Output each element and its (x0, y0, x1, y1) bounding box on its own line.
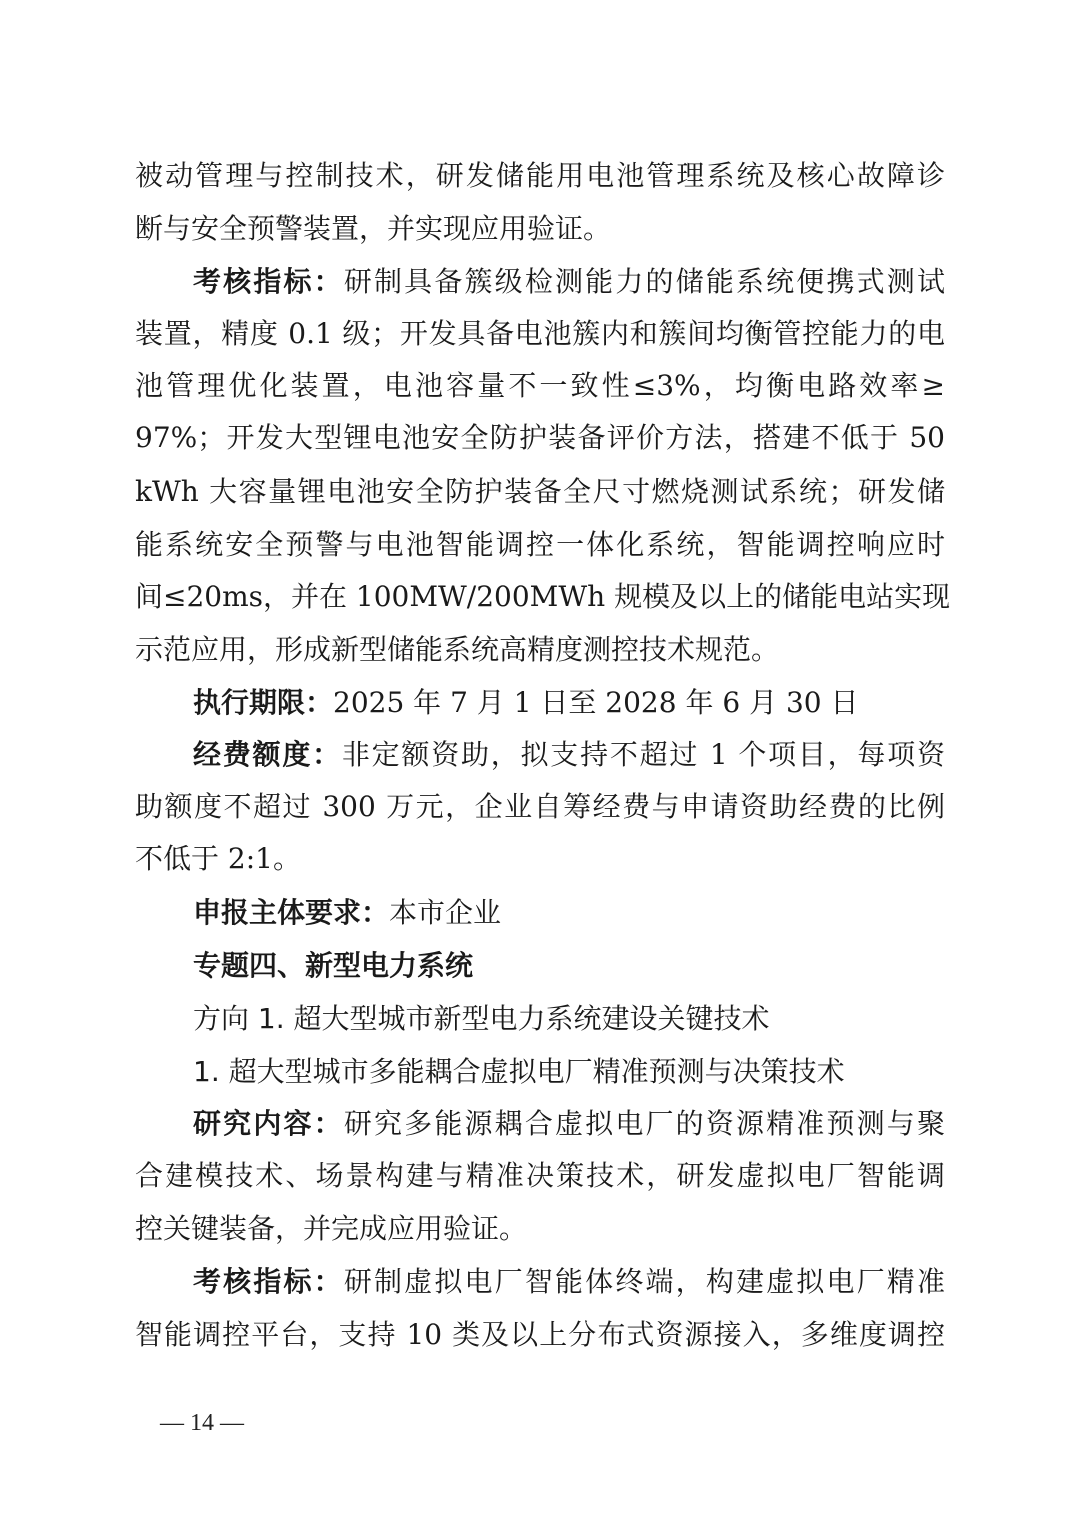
paragraph-line: 控关键装备，并完成应用验证。 (135, 1203, 945, 1255)
body-text: 被动管理与控制技术，研发储能用电池管理系统及核心故障诊 (135, 159, 945, 192)
body-text: 能系统安全预警与电池智能调控一体化系统，智能调控响应时 (135, 528, 945, 561)
research-content-line: 研究内容：研究多能源耦合虚拟电厂的资源精准预测与聚 (193, 1098, 945, 1150)
research-content-label: 研究内容： (193, 1107, 344, 1140)
paragraph-line: 装置，精度 0.1 级；开发具备电池簇内和簇间均衡管控能力的电 (135, 308, 945, 360)
execution-period-value: 2025 年 7 月 1 日至 2028 年 6 月 30 日 (333, 686, 859, 719)
paragraph-line: 97%；开发大型锂电池安全防护装备评价方法，搭建不低于 50 (135, 412, 945, 464)
topic-heading-text: 专题四、新型电力系统 (193, 949, 473, 982)
body-text: 97%；开发大型锂电池安全防护装备评价方法，搭建不低于 50 (135, 421, 945, 454)
body-text: 不低于 2:1。 (135, 842, 301, 875)
applicant-requirement-line: 申报主体要求：本市企业 (193, 887, 945, 939)
project-heading: 1. 超大型城市多能耦合虚拟电厂精准预测与决策技术 (193, 1046, 945, 1098)
body-text: 控关键装备，并完成应用验证。 (135, 1212, 527, 1245)
body-text: 研制虚拟电厂智能体终端，构建虚拟电厂精准 (344, 1265, 945, 1298)
paragraph-line: 不低于 2:1。 (135, 833, 945, 885)
paragraph-line: 智能调控平台，支持 10 类及以上分布式资源接入，多维度调控 (135, 1309, 945, 1361)
body-text: 助额度不超过 300 万元，企业自筹经费与申请资助经费的比例 (135, 790, 945, 823)
direction-heading-text: 方向 1. 超大型城市新型电力系统建设关键技术 (193, 1002, 770, 1035)
body-text: 非定额资助，拟支持不超过 1 个项目，每项资 (342, 738, 945, 771)
body-text: 断与安全预警装置，并实现应用验证。 (135, 212, 611, 245)
paragraph-line: 池管理优化装置，电池容量不一致性≤3%，均衡电路效率≥ (135, 360, 945, 412)
paragraph-line: 示范应用，形成新型储能系统高精度测控技术规范。 (135, 624, 945, 676)
paragraph-line: 合建模技术、场景构建与精准决策技术，研发虚拟电厂智能调 (135, 1150, 945, 1202)
body-text: 研究多能源耦合虚拟电厂的资源精准预测与聚 (344, 1107, 945, 1140)
body-text: 合建模技术、场景构建与精准决策技术，研发虚拟电厂智能调 (135, 1159, 945, 1192)
execution-period-label: 执行期限： (193, 686, 333, 719)
paragraph-line: 断与安全预警装置，并实现应用验证。 (135, 203, 945, 255)
execution-period-line: 执行期限：2025 年 7 月 1 日至 2028 年 6 月 30 日 (193, 677, 945, 729)
assessment-indicators-line: 考核指标：研制虚拟电厂智能体终端，构建虚拟电厂精准 (193, 1256, 945, 1308)
document-page: 被动管理与控制技术，研发储能用电池管理系统及核心故障诊 断与安全预警装置，并实现… (0, 0, 1080, 1527)
paragraph-line: kWh 大容量锂电池安全防护装备全尺寸燃烧测试系统；研发储 (135, 466, 945, 518)
project-heading-text: 1. 超大型城市多能耦合虚拟电厂精准预测与决策技术 (193, 1055, 845, 1088)
body-text: 装置，精度 0.1 级；开发具备电池簇内和簇间均衡管控能力的电 (135, 317, 945, 350)
body-text: kWh 大容量锂电池安全防护装备全尺寸燃烧测试系统；研发储 (135, 475, 945, 508)
paragraph-line: 能系统安全预警与电池智能调控一体化系统，智能调控响应时 (135, 519, 945, 571)
body-text: 研制具备簇级检测能力的储能系统便携式测试 (344, 265, 945, 298)
funding-amount-line: 经费额度：非定额资助，拟支持不超过 1 个项目，每项资 (193, 729, 945, 781)
paragraph-line: 助额度不超过 300 万元，企业自筹经费与申请资助经费的比例 (135, 781, 945, 833)
topic-heading: 专题四、新型电力系统 (193, 940, 945, 992)
body-text: 智能调控平台，支持 10 类及以上分布式资源接入，多维度调控 (135, 1318, 945, 1351)
applicant-requirement-value: 本市企业 (389, 896, 501, 929)
applicant-requirement-label: 申报主体要求： (193, 896, 389, 929)
funding-amount-label: 经费额度： (193, 738, 342, 771)
paragraph-line: 间≤20ms，并在 100MW/200MWh 规模及以上的储能电站实现 (135, 571, 945, 623)
body-text: 示范应用，形成新型储能系统高精度测控技术规范。 (135, 633, 779, 666)
page-number: — 14 — (160, 1403, 244, 1443)
assessment-indicators-label: 考核指标： (193, 1265, 344, 1298)
paragraph-line: 被动管理与控制技术，研发储能用电池管理系统及核心故障诊 (135, 150, 945, 202)
direction-heading: 方向 1. 超大型城市新型电力系统建设关键技术 (193, 993, 945, 1045)
body-text: 间≤20ms，并在 100MW/200MWh 规模及以上的储能电站实现 (135, 580, 950, 613)
body-text: 池管理优化装置，电池容量不一致性≤3%，均衡电路效率≥ (135, 369, 945, 402)
assessment-indicators-label: 考核指标： (193, 265, 344, 298)
assessment-indicators-line: 考核指标：研制具备簇级检测能力的储能系统便携式测试 (193, 256, 945, 308)
